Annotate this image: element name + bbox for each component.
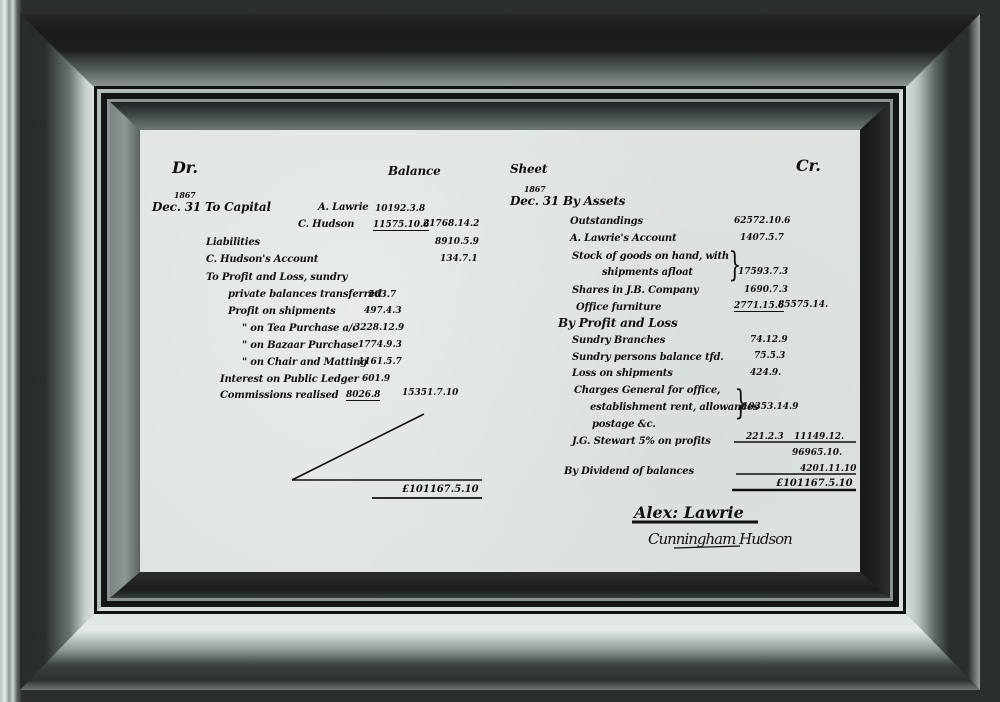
right-row-label: By Profit and Loss	[558, 316, 678, 330]
right-row-amount: 1407.5.7	[740, 233, 784, 243]
right-row-label: Charges General for office,	[574, 385, 720, 396]
right-row-label: Stock of goods on hand, with	[572, 251, 729, 262]
right-row-amount: 75.5.3	[754, 351, 785, 361]
right-row-total: 11149.12.	[794, 432, 844, 442]
signature-hudson: Cunningham Hudson	[648, 530, 792, 548]
right-row-amount: 74.12.9	[750, 335, 788, 345]
right-row-amount: 424.9.	[750, 368, 781, 378]
right-row-label: establishment rent, allowances	[590, 402, 759, 413]
right-row-amount: 1690.7.3	[744, 285, 788, 295]
balance-sheet-document: Dr. Balance Sheet Cr. 1867 Dec. 31 To Ca…	[140, 130, 860, 572]
right-row-label: Sundry Branches	[572, 335, 665, 346]
right-row-label: By Dividend of balances	[564, 466, 694, 477]
right-row-label: Loss on shipments	[572, 368, 673, 379]
right-row-amount: 221.2.3	[746, 432, 784, 442]
right-row-label: Outstandings	[570, 216, 643, 227]
right-row-label: A. Lawrie's Account	[570, 233, 676, 244]
right-row-label: Sundry persons balance tfd.	[572, 352, 724, 363]
right-year: 1867	[524, 184, 545, 194]
right-grand-total: £101167.5.10	[776, 478, 853, 489]
right-row-label: shipments afloat	[602, 267, 693, 278]
signature-lawrie: Alex: Lawrie	[634, 503, 744, 522]
right-row-amount: 10353.14.9	[742, 402, 798, 412]
left-grand-total: £101167.5.10	[402, 484, 479, 495]
right-row-label: J.G. Stewart 5% on profits	[572, 436, 711, 447]
right-row-label: Office furniture	[576, 302, 661, 313]
right-row-label: Shares in J.B. Company	[572, 285, 698, 296]
right-row-label: postage &c.	[592, 419, 656, 430]
right-row-total: 96965.10.	[792, 448, 842, 458]
right-row-amount: 62572.10.6	[734, 216, 790, 226]
right-row-total: 4201.11.10	[800, 464, 856, 474]
right-date-line: Dec. 31 By Assets	[510, 194, 625, 208]
filler-line	[140, 130, 860, 572]
right-row-amount: 17593.7.3	[738, 267, 788, 277]
right-row-total: 85575.14.	[778, 300, 828, 310]
right-row-amount: 2771.15.6	[734, 301, 784, 312]
